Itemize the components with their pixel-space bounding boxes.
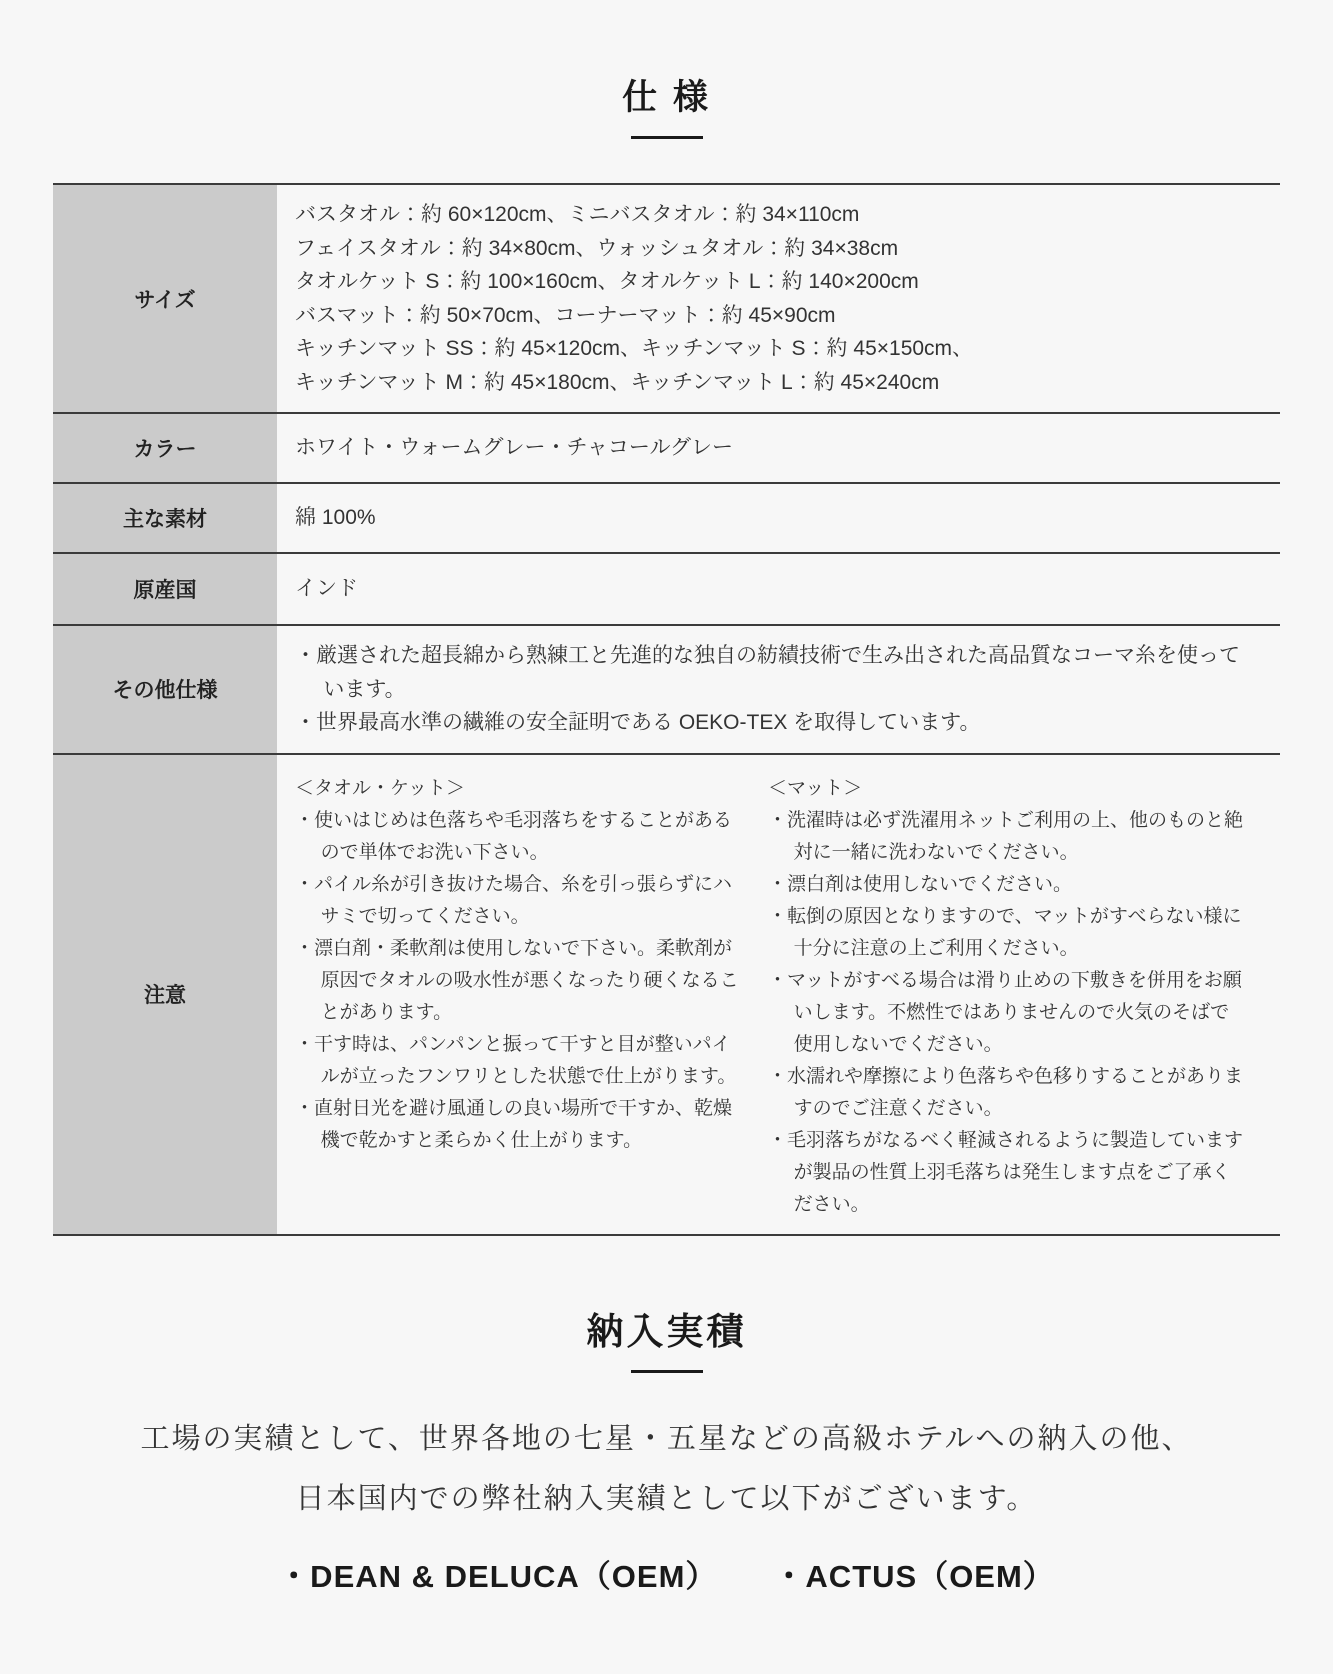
- caution-bullet: ・直射日光を避け風通しの良い場所で干すか、乾燥機で乾かすと柔らかく仕上がります。: [295, 1093, 743, 1157]
- row-label-material: 主な素材: [53, 484, 277, 552]
- client-name: ・ACTUS（OEM）: [773, 1551, 1054, 1596]
- row-label-size: サイズ: [53, 185, 277, 412]
- color-value: ホワイト・ウォームグレー・チャコールグレー: [295, 431, 1245, 465]
- size-line: フェイスタオル：約 34×80cm、ウォッシュタオル：約 34×38cm: [295, 232, 1245, 266]
- caution-bullet: ・パイル糸が引き抜けた場合、糸を引っ張らずにハサミで切ってください。: [295, 869, 743, 933]
- caution-bullet: ・水濡れや摩擦により色落ちや色移りすることがありますのでご注意ください。: [768, 1061, 1245, 1125]
- client-name: ・DEAN & DELUCA（OEM）: [278, 1551, 717, 1596]
- origin-value: インド: [295, 572, 1245, 606]
- caution-column-mat: ＜マット＞ ・洗濯時は必ず洗濯用ネットご利用の上、他のものと絶対に一緒に洗わない…: [768, 773, 1245, 1221]
- caution-bullet: ・洗濯時は必ず洗濯用ネットご利用の上、他のものと絶対に一緒に洗わないでください。: [768, 805, 1245, 869]
- table-row-origin: 原産国 インド: [53, 554, 1280, 626]
- table-row-material: 主な素材 綿 100%: [53, 484, 1280, 554]
- spec-title-underline: [631, 136, 703, 139]
- caution-bullet: ・毛羽落ちがなるべく軽減されるように製造していますが製品の性質上羽毛落ちは発生し…: [768, 1125, 1245, 1221]
- caution-columns: ＜タオル・ケット＞ ・使いはじめは色落ちや毛羽落ちをすることがあるので単体でお洗…: [295, 773, 1245, 1221]
- size-line: キッチンマット SS：約 45×120cm、キッチンマット S：約 45×150…: [295, 332, 1245, 366]
- other-spec-bullet: ・厳選された超長綿から熟練工と先進的な独自の紡績技術で生み出された高品質なコーマ…: [295, 639, 1245, 706]
- row-content-material: 綿 100%: [277, 484, 1280, 552]
- spec-page: 仕 様 サイズ バスタオル：約 60×120cm、ミニバスタオル：約 34×11…: [0, 0, 1333, 1674]
- row-label-caution: 注意: [53, 755, 277, 1234]
- caution-column-towel: ＜タオル・ケット＞ ・使いはじめは色落ちや毛羽落ちをすることがあるので単体でお洗…: [295, 773, 743, 1221]
- row-content-other-spec: ・厳選された超長綿から熟練工と先進的な独自の紡績技術で生み出された高品質なコーマ…: [277, 626, 1280, 753]
- row-label-other-spec: その他仕様: [53, 626, 277, 753]
- material-value: 綿 100%: [295, 501, 1245, 535]
- delivery-paragraph-line: 日本国内での弊社納入実績として以下がございます。: [0, 1469, 1333, 1529]
- table-row-caution: 注意 ＜タオル・ケット＞ ・使いはじめは色落ちや毛羽落ちをすることがあるので単体…: [53, 755, 1280, 1236]
- row-label-color: カラー: [53, 414, 277, 482]
- delivery-section-title: 納入実積: [0, 1236, 1333, 1354]
- caution-bullet: ・転倒の原因となりますので、マットがすべらない様に十分に注意の上ご利用ください。: [768, 901, 1245, 965]
- delivery-clients: ・DEAN & DELUCA（OEM） ・ACTUS（OEM）: [0, 1551, 1333, 1674]
- caution-bullet: ・漂白剤は使用しないでください。: [768, 869, 1245, 901]
- row-label-origin: 原産国: [53, 554, 277, 624]
- row-content-origin: インド: [277, 554, 1280, 624]
- spec-section-title: 仕 様: [0, 0, 1333, 120]
- caution-bullet: ・使いはじめは色落ちや毛羽落ちをすることがあるので単体でお洗い下さい。: [295, 805, 743, 869]
- table-row-color: カラー ホワイト・ウォームグレー・チャコールグレー: [53, 414, 1280, 484]
- size-line: バスタオル：約 60×120cm、ミニバスタオル：約 34×110cm: [295, 198, 1245, 232]
- caution-bullet: ・干す時は、パンパンと振って干すと目が整いパイルが立ったフンワリとした状態で仕上…: [295, 1029, 743, 1093]
- delivery-paragraph: 工場の実績として、世界各地の七星・五星などの高級ホテルへの納入の他、 日本国内で…: [0, 1409, 1333, 1529]
- size-line: バスマット：約 50×70cm、コーナーマット：約 45×90cm: [295, 299, 1245, 333]
- other-spec-bullet: ・世界最高水準の繊維の安全証明である OEKO-TEX を取得しています。: [295, 706, 1245, 740]
- caution-bullet: ・漂白剤・柔軟剤は使用しないで下さい。柔軟剤が原因でタオルの吸水性が悪くなったり…: [295, 933, 743, 1029]
- row-content-size: バスタオル：約 60×120cm、ミニバスタオル：約 34×110cm フェイス…: [277, 185, 1280, 412]
- row-content-caution: ＜タオル・ケット＞ ・使いはじめは色落ちや毛羽落ちをすることがあるので単体でお洗…: [277, 755, 1280, 1234]
- delivery-title-underline: [631, 1370, 703, 1373]
- table-row-size: サイズ バスタオル：約 60×120cm、ミニバスタオル：約 34×110cm …: [53, 185, 1280, 414]
- size-line: タオルケット S：約 100×160cm、タオルケット L：約 140×200c…: [295, 265, 1245, 299]
- delivery-paragraph-line: 工場の実績として、世界各地の七星・五星などの高級ホテルへの納入の他、: [0, 1409, 1333, 1469]
- size-line: キッチンマット M：約 45×180cm、キッチンマット L：約 45×240c…: [295, 366, 1245, 400]
- table-row-other-spec: その他仕様 ・厳選された超長綿から熟練工と先進的な独自の紡績技術で生み出された高…: [53, 626, 1280, 755]
- caution-heading-mat: ＜マット＞: [768, 773, 1245, 805]
- row-content-color: ホワイト・ウォームグレー・チャコールグレー: [277, 414, 1280, 482]
- caution-bullet: ・マットがすべる場合は滑り止めの下敷きを併用をお願いします。不燃性ではありません…: [768, 965, 1245, 1061]
- spec-table: サイズ バスタオル：約 60×120cm、ミニバスタオル：約 34×110cm …: [53, 183, 1280, 1236]
- caution-heading-towel: ＜タオル・ケット＞: [295, 773, 743, 805]
